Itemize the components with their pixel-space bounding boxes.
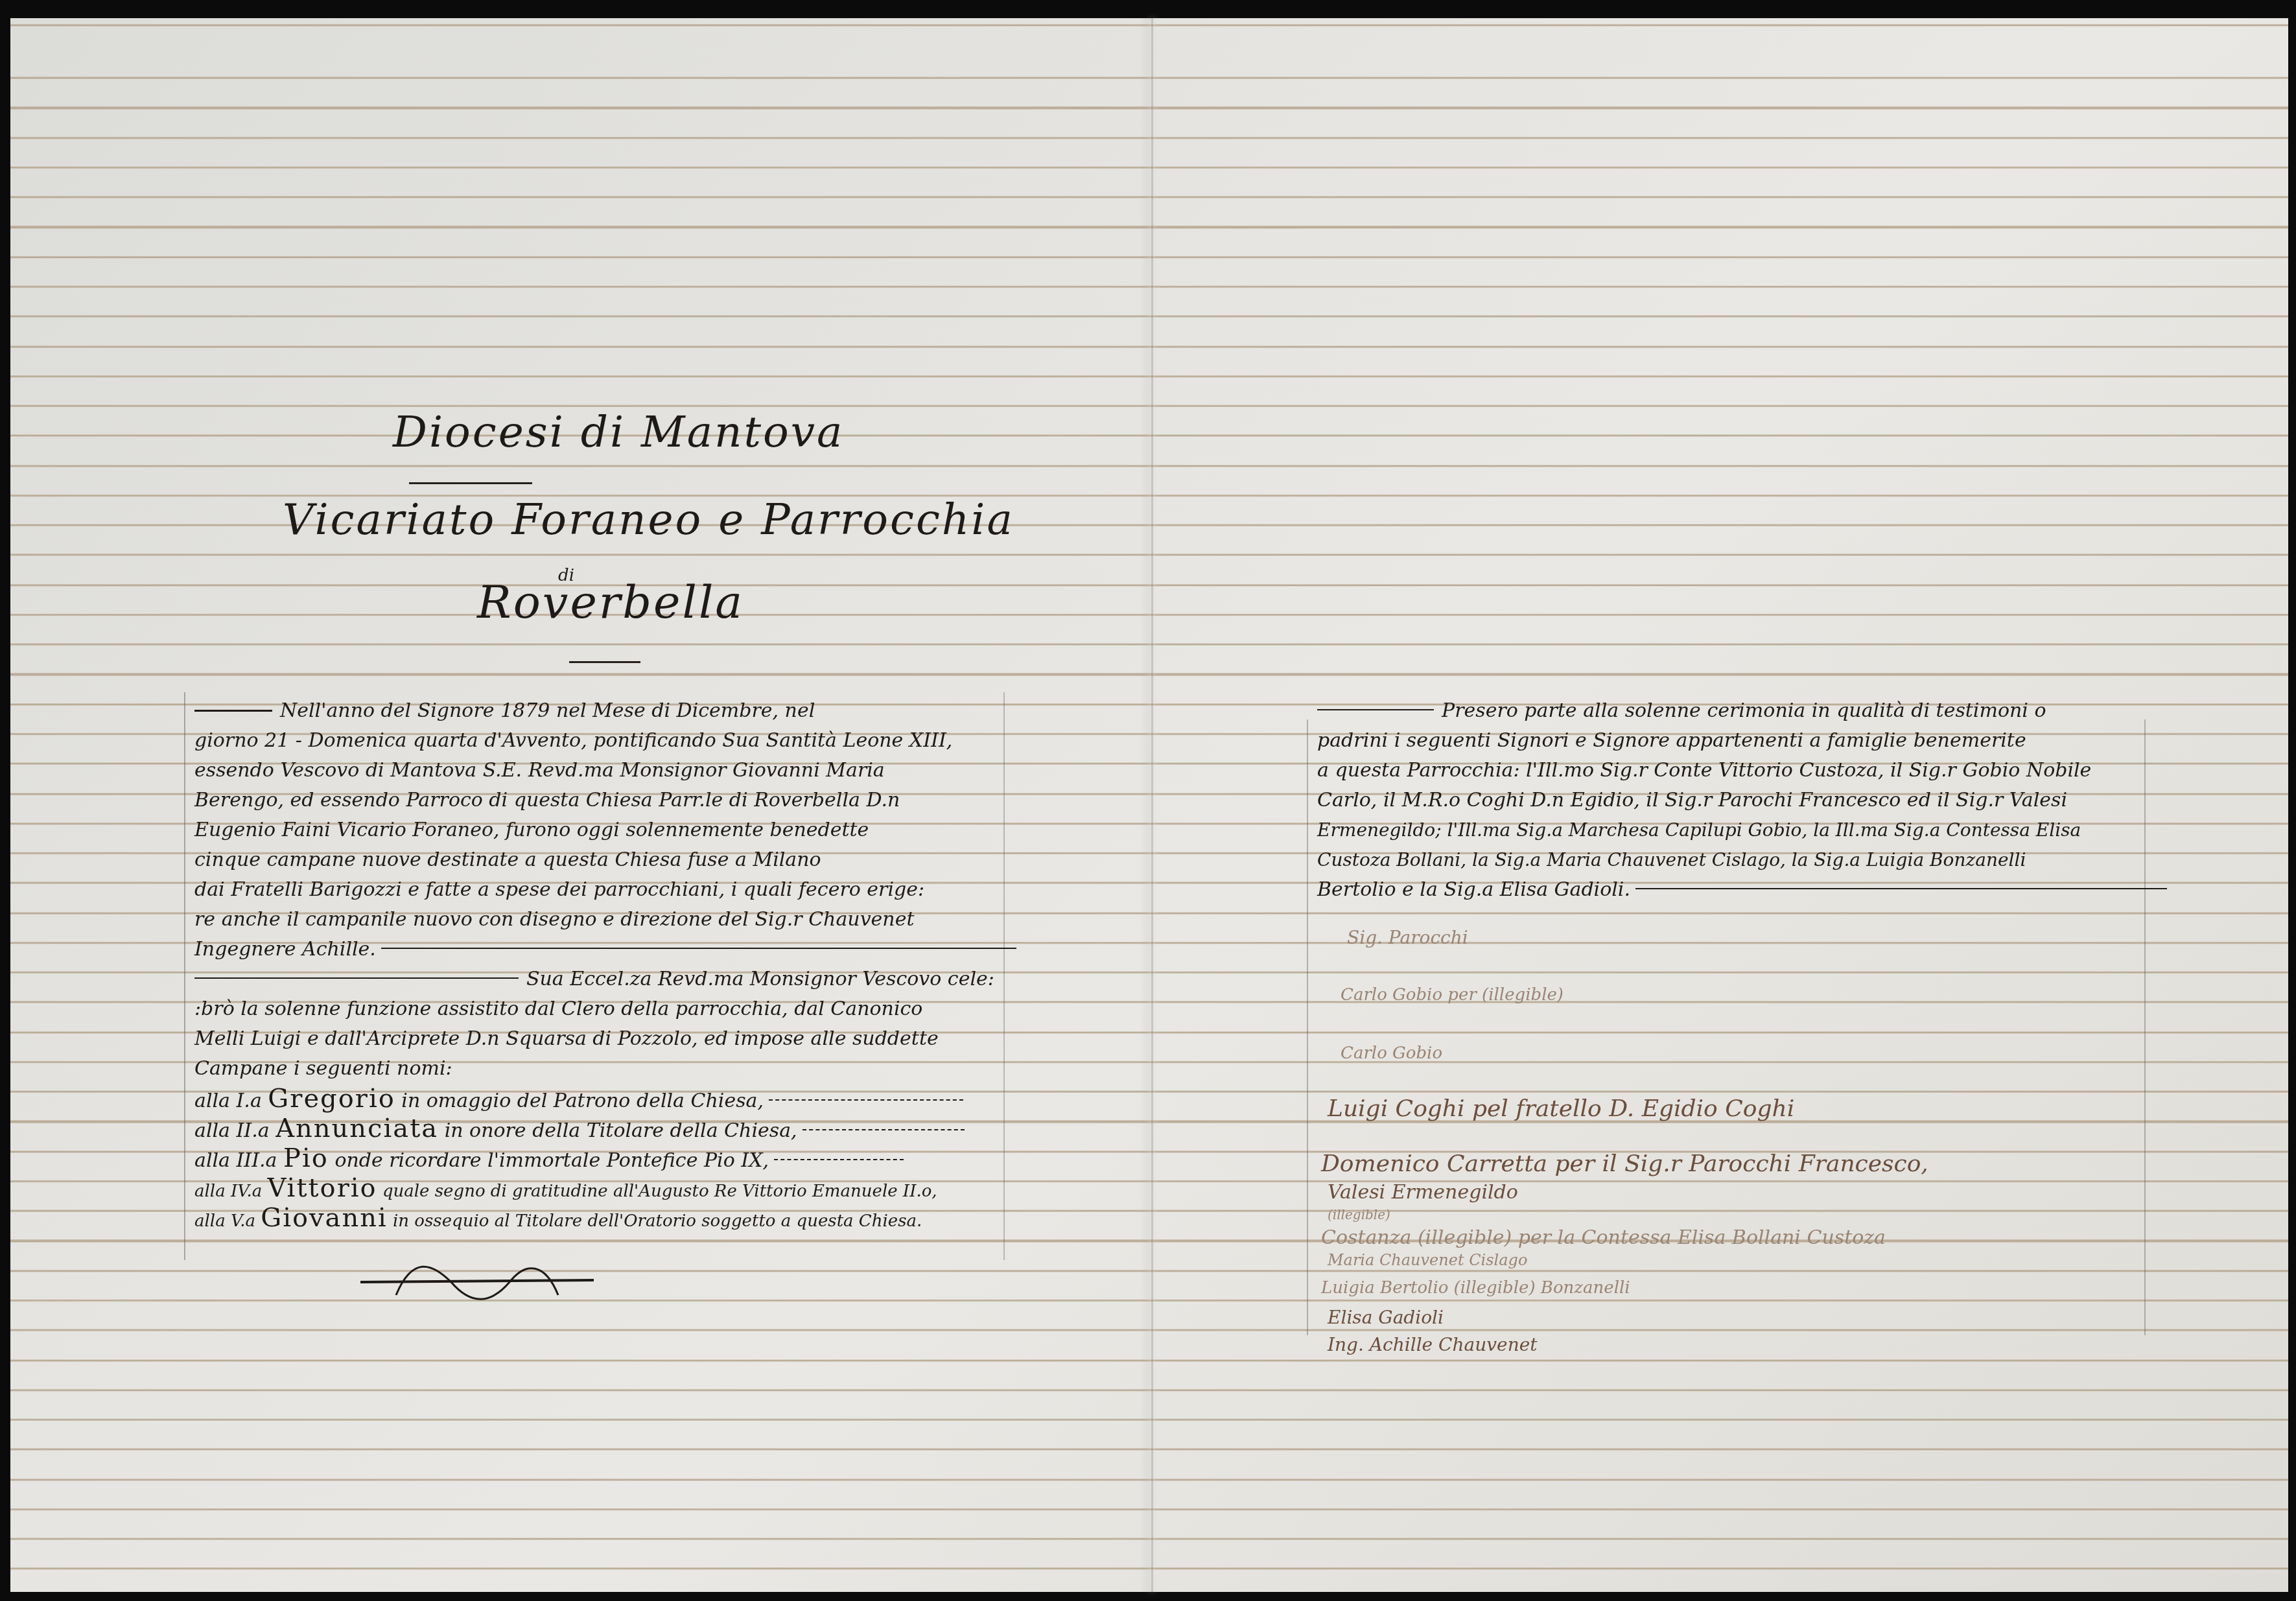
signature: Elisa Gadioli — [1328, 1307, 1444, 1328]
p2-line: Melli Luigi e dall'Arciprete D.n Squarsa… — [194, 1024, 939, 1054]
witness-line: Ermenegildo; l'Ill.ma Sig.a Marchesa Cap… — [1317, 815, 2081, 845]
witness-line: Presero parte alla solenne cerimonia in … — [1317, 696, 2046, 726]
p2-line: :brò la solenne funzione assistito dal C… — [194, 994, 922, 1024]
title-vicariate: Vicariato Foraneo e Parrocchia — [283, 495, 1014, 544]
center-fold — [1151, 18, 1153, 1592]
bell-2: alla II.a Annunciata in onore della Tito… — [194, 1114, 965, 1143]
p1-line: cinque campane nuove destinate a questa … — [194, 845, 821, 875]
signature: Sig. Parocchi — [1347, 927, 1468, 948]
signature: Costanza (illegible) per la Contessa Eli… — [1321, 1226, 1886, 1249]
document-paper: Diocesi di Mantova Vicariato Foraneo e P… — [10, 18, 2288, 1592]
p1-line: Berengo, ed essendo Parroco di questa Ch… — [194, 786, 900, 815]
witness-line: Bertolio e la Sig.a Elisa Gadioli. — [1317, 875, 2167, 905]
signature: Valesi Ermenegildo — [1328, 1181, 1518, 1204]
signature: Maria Chauvenet Cislago — [1328, 1251, 1527, 1269]
p1-line: Eugenio Faini Vicario Foraneo, furono og… — [194, 815, 869, 845]
bell-4: alla IV.a Vittorio quale segno di gratit… — [194, 1173, 937, 1203]
signature: (illegible) — [1328, 1207, 1390, 1222]
p1-line: re anche il campanile nuovo con disegno … — [194, 905, 914, 935]
signature: Ing. Achille Chauvenet — [1328, 1334, 1538, 1355]
witness-line: Custoza Bollani, la Sig.a Maria Chauvene… — [1317, 845, 2026, 875]
p1-line: dai Fratelli Barigozzi e fatte a spese d… — [194, 875, 924, 905]
p2-line: Sua Eccel.za Revd.ma Monsignor Vescovo c… — [194, 964, 994, 994]
title-diocese: Diocesi di Mantova — [393, 407, 844, 457]
p1-line: Ingegnere Achille. — [194, 935, 1016, 964]
bell-5: alla V.a Giovanni in ossequio al Titolar… — [194, 1203, 922, 1233]
p1-line: essendo Vescovo di Mantova S.E. Revd.ma … — [194, 756, 885, 786]
p1-line: Nell'anno del Signore 1879 nel Mese di D… — [194, 696, 815, 726]
signature: Luigi Coghi pel fratello D. Egidio Coghi — [1328, 1095, 1794, 1122]
title-underline — [409, 482, 532, 484]
signature: Carlo Gobio — [1341, 1044, 1442, 1063]
title-underline-2 — [569, 661, 640, 663]
p1-line: giorno 21 - Domenica quarta d'Avvento, p… — [194, 726, 952, 756]
p2-line: Campane i seguenti nomi: — [194, 1054, 452, 1084]
bell-3: alla III.a Pio onde ricordare l'immortal… — [194, 1143, 904, 1173]
right-record-box: Presero parte alla solenne cerimonia in … — [1307, 719, 2146, 1335]
witness-line: Carlo, il M.R.o Coghi D.n Egidio, il Sig… — [1317, 786, 2067, 815]
bell-1: alla I.a Gregorio in omaggio del Patrono… — [194, 1084, 963, 1114]
witness-line: padrini i seguenti Signori e Signore app… — [1317, 726, 2026, 756]
signature: Luigia Bertolio (illegible) Bonzanelli — [1321, 1278, 1630, 1298]
signature: Domenico Carretta per il Sig.r Parocchi … — [1321, 1151, 1928, 1177]
left-record-box: Nell'anno del Signore 1879 nel Mese di D… — [184, 692, 1005, 1260]
witness-line: a questa Parrocchia: l'Ill.mo Sig.r Cont… — [1317, 756, 2091, 786]
signature: Carlo Gobio per (illegible) — [1341, 985, 1564, 1005]
title-parish: Roverbella — [477, 576, 744, 629]
decorative-flourish-icon — [360, 1256, 600, 1308]
